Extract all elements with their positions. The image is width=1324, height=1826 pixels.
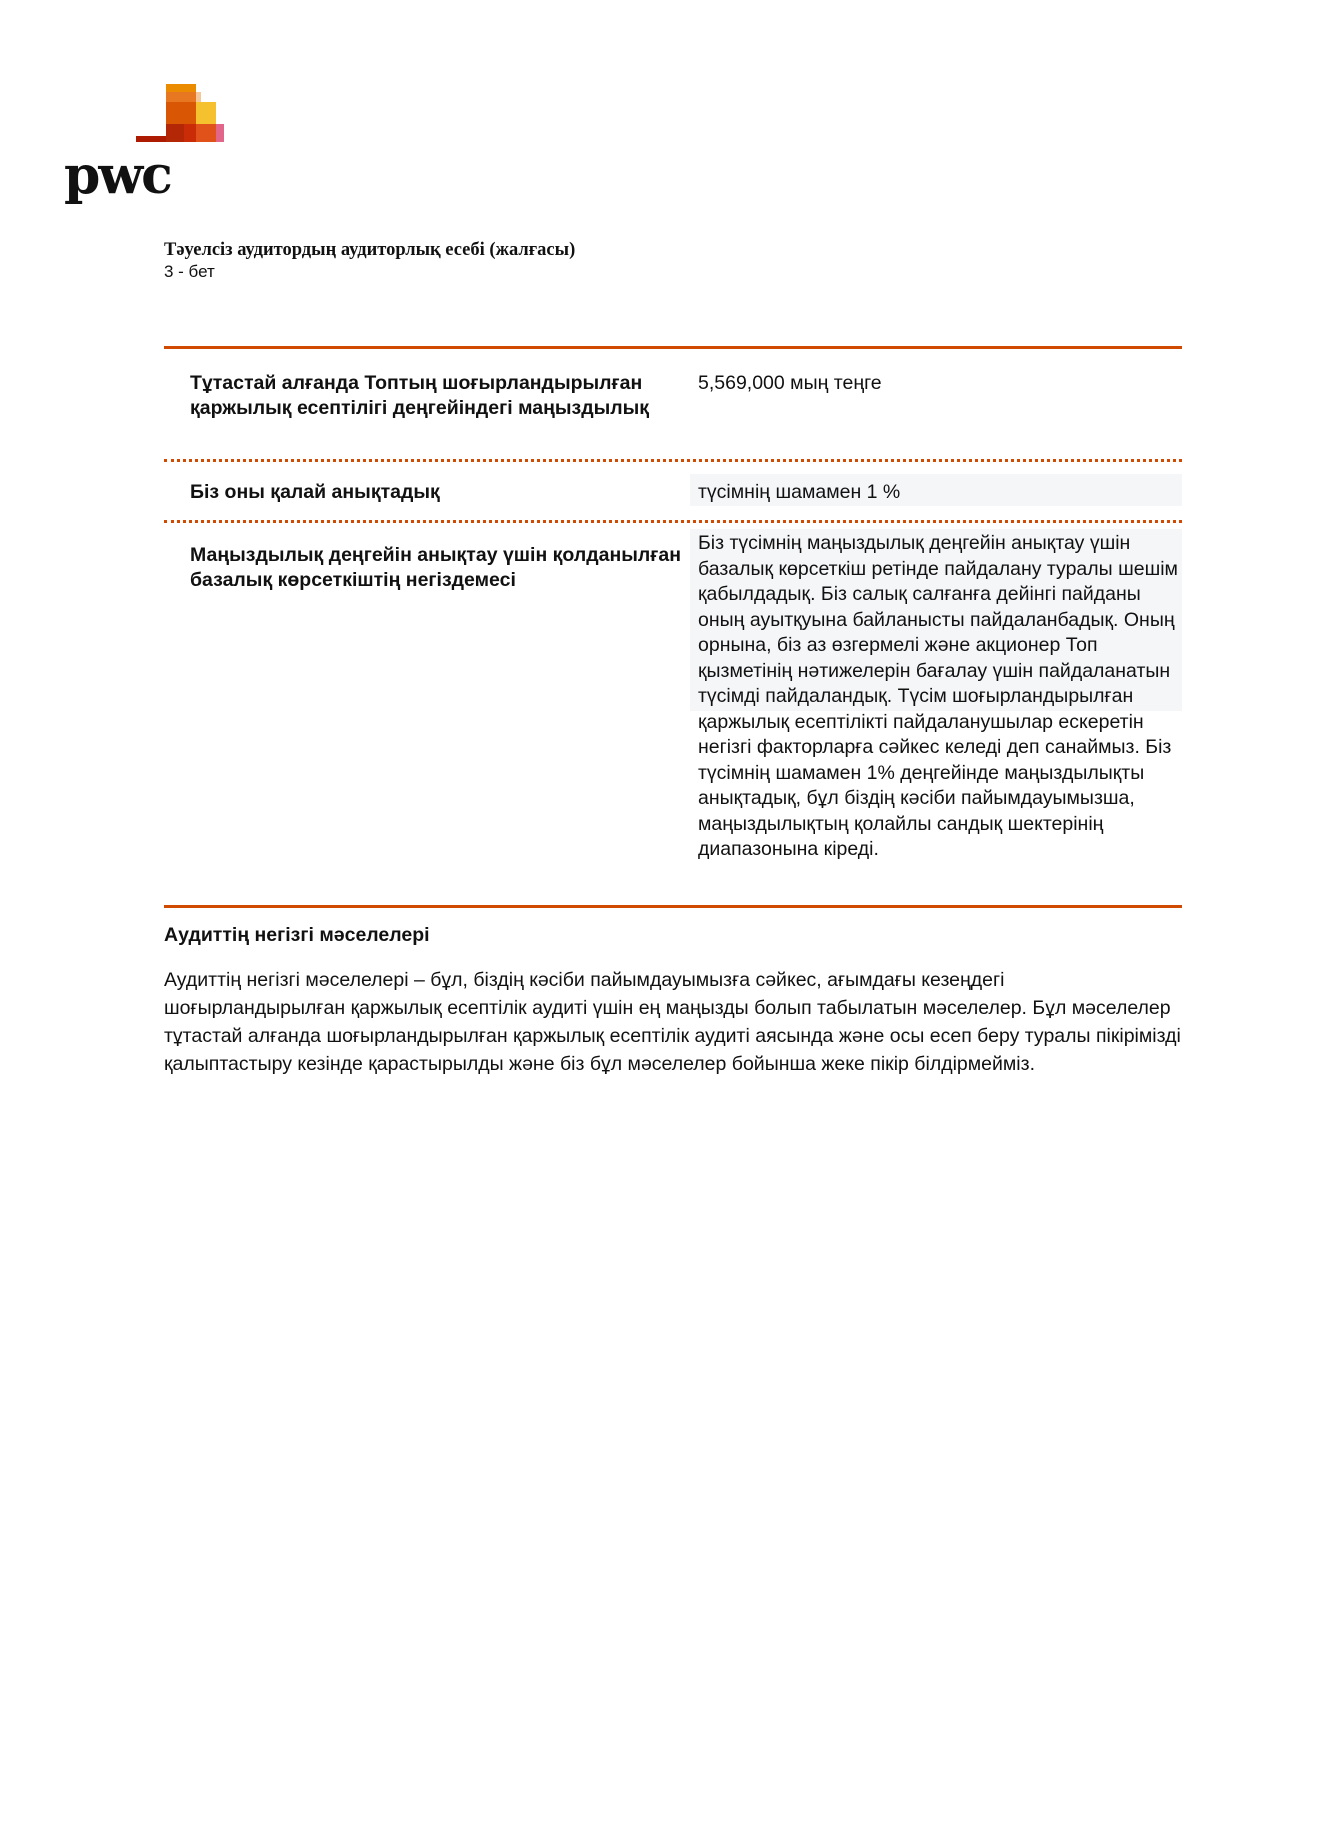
row-value-cell: Біз түсімнің маңыздылық деңгейін анықтау… <box>690 523 1182 905</box>
logo-block <box>196 124 216 142</box>
logo-block <box>196 102 216 124</box>
logo-block <box>184 124 196 142</box>
materiality-table: Тұтастай алғанда Топтың шоғырландырылған… <box>164 346 1182 908</box>
row-value: 5,569,000 мың теңге <box>690 349 1182 459</box>
table-row: Тұтастай алғанда Топтың шоғырландырылған… <box>164 349 1182 459</box>
row-label: Маңыздылық деңгейін анықтау үшін қолданы… <box>164 523 690 905</box>
logo-block <box>216 124 224 142</box>
page-number: 3 - бет <box>164 262 215 282</box>
table-row: Біз оны қалай анықтадық түсімнің шамамен… <box>164 462 1182 520</box>
logo-block <box>166 124 184 142</box>
table-bottom-rule <box>164 905 1182 908</box>
document-title: Тәуелсіз аудитордың аудиторлық есебі (жа… <box>164 240 575 261</box>
row-label: Біз оны қалай анықтадық <box>164 462 690 520</box>
logo-block <box>166 92 196 102</box>
logo-block <box>166 102 196 124</box>
section-paragraph: Аудиттің негізгі мәселелері – бұл, бізді… <box>164 966 1184 1078</box>
row-label: Тұтастай алғанда Топтың шоғырландырылған… <box>164 349 690 459</box>
logo-wordmark: pwc <box>64 150 171 202</box>
row-value: Біз түсімнің маңыздылық деңгейін анықтау… <box>698 531 1178 863</box>
table-row: Маңыздылық деңгейін анықтау үшін қолданы… <box>164 523 1182 905</box>
logo-block <box>166 84 196 92</box>
pwc-logo: pwc <box>64 84 234 214</box>
row-value: түсімнің шамамен 1 % <box>690 474 1182 506</box>
logo-block <box>196 92 201 102</box>
section-heading: Аудиттің негізгі мәселелері <box>164 924 430 947</box>
logo-underline <box>136 136 166 142</box>
